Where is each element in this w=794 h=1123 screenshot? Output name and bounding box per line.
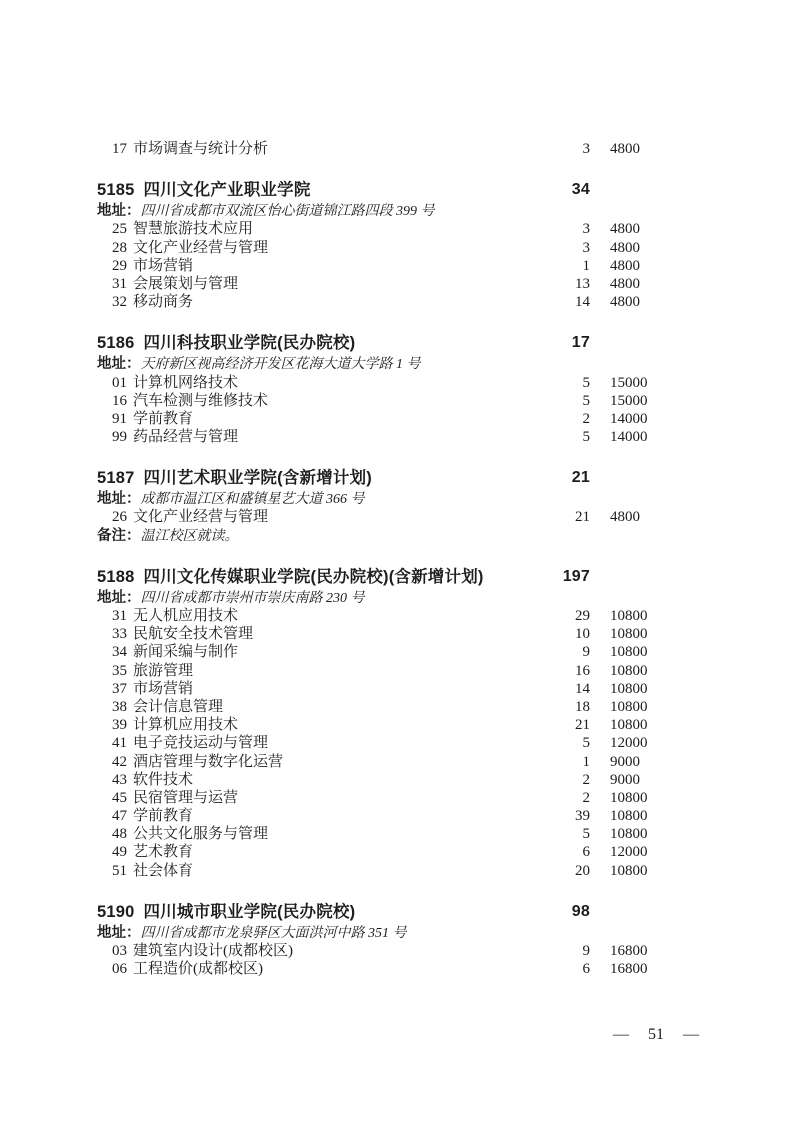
school-name: 四川科技职业学院(民办院校): [144, 331, 530, 355]
page-number-footer: — 51 —: [613, 1026, 699, 1044]
course-fee: 10800: [610, 716, 690, 734]
course-fee: 14000: [610, 410, 690, 428]
course-count: 21: [540, 508, 590, 526]
course-fee: 10800: [610, 807, 690, 825]
course-count: 1: [540, 753, 590, 771]
course-code: 31: [97, 607, 127, 625]
course-code: 32: [97, 293, 127, 311]
course-code: 17: [97, 140, 127, 158]
address-label: 地址：: [97, 203, 141, 219]
course-name: 公共文化服务与管理: [133, 825, 540, 843]
school-section: 5187 四川艺术职业学院(含新增计划) 21 地址：成都市温江区和盛镇星艺大道…: [0, 466, 794, 545]
school-name: 四川文化传媒职业学院(民办院校)(含新增计划): [144, 565, 530, 589]
course-count: 13: [540, 275, 590, 293]
course-row: 06 工程造价(成都校区) 6 16800: [97, 960, 690, 978]
course-row: 48 公共文化服务与管理 5 10800: [97, 825, 690, 843]
school-header: 5186 四川科技职业学院(民办院校) 17: [97, 331, 590, 355]
course-fee: 16800: [610, 942, 690, 960]
course-name: 会展策划与管理: [133, 275, 540, 293]
school-name: 四川文化产业职业学院: [144, 178, 530, 202]
course-fee: 10800: [610, 789, 690, 807]
course-count: 29: [540, 607, 590, 625]
school-section: 5185 四川文化产业职业学院 34 地址：四川省成都市双流区怡心街道锦江路四段…: [0, 178, 794, 311]
course-name: 学前教育: [133, 410, 540, 428]
course-row: 34 新闻采编与制作 9 10800: [97, 643, 690, 661]
course-code: 35: [97, 662, 127, 680]
course-count: 6: [540, 960, 590, 978]
school-name: 四川城市职业学院(民办院校): [144, 900, 530, 924]
course-row: 33 民航安全技术管理 10 10800: [97, 625, 690, 643]
address-label: 地址：: [97, 356, 141, 372]
course-row: 31 会展策划与管理 13 4800: [97, 275, 690, 293]
course-fee: 16800: [610, 960, 690, 978]
course-list: 01 计算机网络技术 5 15000 16 汽车检测与维修技术 5 15000 …: [0, 374, 794, 447]
course-row: 29 市场营销 1 4800: [97, 257, 690, 275]
course-fee: 12000: [610, 734, 690, 752]
course-fee: 4800: [610, 220, 690, 238]
address-line: 地址：四川省成都市龙泉驿区大面洪河中路 351 号: [97, 924, 794, 942]
course-name: 学前教育: [133, 807, 540, 825]
course-count: 5: [540, 428, 590, 446]
course-code: 41: [97, 734, 127, 752]
course-count: 39: [540, 807, 590, 825]
course-count: 1: [540, 257, 590, 275]
course-code: 43: [97, 771, 127, 789]
course-name: 会计信息管理: [133, 698, 540, 716]
course-name: 电子竞技运动与管理: [133, 734, 540, 752]
course-fee: 4800: [610, 239, 690, 257]
course-row: 32 移动商务 14 4800: [97, 293, 690, 311]
footer-left-dash: —: [613, 1026, 629, 1044]
course-name: 文化产业经营与管理: [133, 239, 540, 257]
course-code: 99: [97, 428, 127, 446]
address-line: 地址：四川省成都市崇州市崇庆南路 230 号: [97, 589, 794, 607]
course-fee: 14000: [610, 428, 690, 446]
course-name: 旅游管理: [133, 662, 540, 680]
course-fee: 10800: [610, 680, 690, 698]
course-name: 民航安全技术管理: [133, 625, 540, 643]
course-row: 99 药品经营与管理 5 14000: [97, 428, 690, 446]
course-name: 市场营销: [133, 680, 540, 698]
address-label: 地址：: [97, 925, 141, 941]
course-fee: 10800: [610, 698, 690, 716]
course-count: 20: [540, 862, 590, 880]
course-row: 31 无人机应用技术 29 10800: [97, 607, 690, 625]
address-label: 地址：: [97, 590, 141, 606]
course-code: 28: [97, 239, 127, 257]
course-count: 18: [540, 698, 590, 716]
course-code: 26: [97, 508, 127, 526]
course-count: 5: [540, 392, 590, 410]
course-count: 3: [540, 140, 590, 158]
school-header: 5190 四川城市职业学院(民办院校) 98: [97, 900, 590, 924]
school-section: 5188 四川文化传媒职业学院(民办院校)(含新增计划) 197 地址：四川省成…: [0, 565, 794, 880]
school-total: 98: [530, 900, 590, 924]
school-total: 17: [530, 331, 590, 355]
document-page: 17 市场调查与统计分析 3 4800 5185 四川文化产业职业学院 34 地…: [0, 0, 794, 1123]
course-code: 37: [97, 680, 127, 698]
address-text: 四川省成都市崇州市崇庆南路 230 号: [141, 591, 365, 606]
course-name: 艺术教育: [133, 843, 540, 861]
course-fee: 4800: [610, 257, 690, 275]
course-fee: 4800: [610, 508, 690, 526]
course-list: 26 文化产业经营与管理 21 4800: [0, 508, 794, 526]
course-name: 民宿管理与运营: [133, 789, 540, 807]
course-count: 21: [540, 716, 590, 734]
course-row: 38 会计信息管理 18 10800: [97, 698, 690, 716]
course-code: 01: [97, 374, 127, 392]
course-count: 9: [540, 643, 590, 661]
course-code: 48: [97, 825, 127, 843]
note-label: 备注：: [97, 528, 141, 544]
school-code: 5186: [97, 331, 135, 355]
page-number: 51: [648, 1026, 664, 1044]
course-row: 37 市场营销 14 10800: [97, 680, 690, 698]
course-row: 47 学前教育 39 10800: [97, 807, 690, 825]
course-row: 35 旅游管理 16 10800: [97, 662, 690, 680]
school-code: 5187: [97, 466, 135, 490]
course-count: 2: [540, 771, 590, 789]
course-code: 25: [97, 220, 127, 238]
school-section: 5186 四川科技职业学院(民办院校) 17 地址：天府新区视高经济开发区花海大…: [0, 331, 794, 446]
course-name: 酒店管理与数字化运营: [133, 753, 540, 771]
course-fee: 9000: [610, 753, 690, 771]
course-fee: 10800: [610, 625, 690, 643]
course-fee: 10800: [610, 643, 690, 661]
school-code: 5190: [97, 900, 135, 924]
school-header: 5188 四川文化传媒职业学院(民办院校)(含新增计划) 197: [97, 565, 590, 589]
course-code: 38: [97, 698, 127, 716]
course-code: 06: [97, 960, 127, 978]
address-text: 四川省成都市双流区怡心街道锦江路四段 399 号: [141, 204, 435, 219]
course-code: 49: [97, 843, 127, 861]
course-code: 45: [97, 789, 127, 807]
course-code: 47: [97, 807, 127, 825]
address-text: 成都市温江区和盛镇星艺大道 366 号: [141, 492, 365, 507]
course-name: 新闻采编与制作: [133, 643, 540, 661]
course-fee: 10800: [610, 862, 690, 880]
course-count: 16: [540, 662, 590, 680]
course-code: 34: [97, 643, 127, 661]
course-row: 17 市场调查与统计分析 3 4800: [97, 140, 690, 158]
course-fee: 10800: [610, 607, 690, 625]
course-count: 2: [540, 410, 590, 428]
school-name: 四川艺术职业学院(含新增计划): [144, 466, 530, 490]
course-row: 45 民宿管理与运营 2 10800: [97, 789, 690, 807]
address-line: 地址：成都市温江区和盛镇星艺大道 366 号: [97, 490, 794, 508]
course-count: 14: [540, 293, 590, 311]
course-row: 49 艺术教育 6 12000: [97, 843, 690, 861]
address-text: 天府新区视高经济开发区花海大道大学路 1 号: [141, 357, 421, 372]
note-text: 温江校区就读。: [141, 529, 239, 544]
course-name: 移动商务: [133, 293, 540, 311]
school-code: 5185: [97, 178, 135, 202]
course-fee: 10800: [610, 662, 690, 680]
course-name: 文化产业经营与管理: [133, 508, 540, 526]
course-count: 14: [540, 680, 590, 698]
course-row: 42 酒店管理与数字化运营 1 9000: [97, 753, 690, 771]
course-count: 5: [540, 374, 590, 392]
course-fee: 10800: [610, 825, 690, 843]
course-fee: 9000: [610, 771, 690, 789]
course-name: 市场调查与统计分析: [133, 140, 540, 158]
course-name: 汽车检测与维修技术: [133, 392, 540, 410]
course-row: 41 电子竞技运动与管理 5 12000: [97, 734, 690, 752]
course-row: 28 文化产业经营与管理 3 4800: [97, 239, 690, 257]
course-count: 5: [540, 825, 590, 843]
school-header: 5185 四川文化产业职业学院 34: [97, 178, 590, 202]
address-line: 地址：四川省成都市双流区怡心街道锦江路四段 399 号: [97, 202, 794, 220]
course-name: 工程造价(成都校区): [133, 960, 540, 978]
course-count: 2: [540, 789, 590, 807]
address-line: 地址：天府新区视高经济开发区花海大道大学路 1 号: [97, 355, 794, 373]
course-code: 51: [97, 862, 127, 880]
course-name: 市场营销: [133, 257, 540, 275]
course-count: 5: [540, 734, 590, 752]
course-fee: 4800: [610, 293, 690, 311]
course-row: 03 建筑室内设计(成都校区) 9 16800: [97, 942, 690, 960]
note-line: 备注：温江校区就读。: [97, 527, 794, 545]
course-code: 03: [97, 942, 127, 960]
course-name: 建筑室内设计(成都校区): [133, 942, 540, 960]
course-row: 25 智慧旅游技术应用 3 4800: [97, 220, 690, 238]
course-count: 3: [540, 239, 590, 257]
course-name: 计算机网络技术: [133, 374, 540, 392]
school-total: 34: [530, 178, 590, 202]
course-code: 31: [97, 275, 127, 293]
course-count: 6: [540, 843, 590, 861]
course-code: 42: [97, 753, 127, 771]
course-code: 39: [97, 716, 127, 734]
course-code: 29: [97, 257, 127, 275]
course-list: 31 无人机应用技术 29 10800 33 民航安全技术管理 10 10800…: [0, 607, 794, 880]
course-row: 26 文化产业经营与管理 21 4800: [97, 508, 690, 526]
course-fee: 15000: [610, 392, 690, 410]
course-list: 03 建筑室内设计(成都校区) 9 16800 06 工程造价(成都校区) 6 …: [0, 942, 794, 978]
course-fee: 4800: [610, 275, 690, 293]
footer-right-dash: —: [683, 1026, 699, 1044]
course-code: 16: [97, 392, 127, 410]
school-total: 21: [530, 466, 590, 490]
course-name: 社会体育: [133, 862, 540, 880]
address-label: 地址：: [97, 491, 141, 507]
course-row: 16 汽车检测与维修技术 5 15000: [97, 392, 690, 410]
course-name: 无人机应用技术: [133, 607, 540, 625]
school-code: 5188: [97, 565, 135, 589]
course-row: 43 软件技术 2 9000: [97, 771, 690, 789]
course-row: 91 学前教育 2 14000: [97, 410, 690, 428]
school-header: 5187 四川艺术职业学院(含新增计划) 21: [97, 466, 590, 490]
course-name: 计算机应用技术: [133, 716, 540, 734]
address-text: 四川省成都市龙泉驿区大面洪河中路 351 号: [141, 926, 407, 941]
course-fee: 15000: [610, 374, 690, 392]
school-section: 5190 四川城市职业学院(民办院校) 98 地址：四川省成都市龙泉驿区大面洪河…: [0, 900, 794, 979]
course-fee: 12000: [610, 843, 690, 861]
course-name: 药品经营与管理: [133, 428, 540, 446]
enrollment-table: 17 市场调查与统计分析 3 4800 5185 四川文化产业职业学院 34 地…: [0, 0, 794, 978]
school-total: 197: [530, 565, 590, 589]
course-fee: 4800: [610, 140, 690, 158]
course-row: 51 社会体育 20 10800: [97, 862, 690, 880]
course-code: 33: [97, 625, 127, 643]
course-count: 3: [540, 220, 590, 238]
course-row: 39 计算机应用技术 21 10800: [97, 716, 690, 734]
course-count: 9: [540, 942, 590, 960]
course-name: 智慧旅游技术应用: [133, 220, 540, 238]
course-code: 91: [97, 410, 127, 428]
course-row: 01 计算机网络技术 5 15000: [97, 374, 690, 392]
course-name: 软件技术: [133, 771, 540, 789]
course-list: 25 智慧旅游技术应用 3 4800 28 文化产业经营与管理 3 4800 2…: [0, 220, 794, 311]
course-count: 10: [540, 625, 590, 643]
